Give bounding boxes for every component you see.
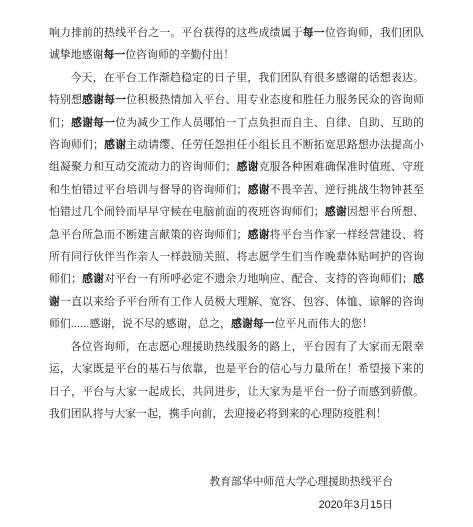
signature-organization: 教育部华中师范大学心理援助热线平台 (49, 471, 393, 494)
body-paragraph-thanks: 今天，在平台工作渐趋稳定的日子里，我们团队有很多感谢的话想表达。特别想感谢每一位… (49, 67, 424, 336)
body-paragraph-closing: 各位咨询师，在志愿心理援助热线服务的路上，平台因有了大家而无限幸运，大家既是平台… (49, 336, 424, 426)
signature-block: 教育部华中师范大学心理援助热线平台 2020年3月15日 (49, 471, 424, 517)
body-paragraph-continuation: 响力排前的热线平台之一。平台获得的这些成绩属于每一位咨询师，我们团队诚挚地感谢每… (49, 22, 424, 67)
letter-page: 响力排前的热线平台之一。平台获得的这些成绩属于每一位咨询师，我们团队诚挚地感谢每… (0, 0, 473, 527)
signature-date: 2020年3月15日 (49, 494, 393, 517)
